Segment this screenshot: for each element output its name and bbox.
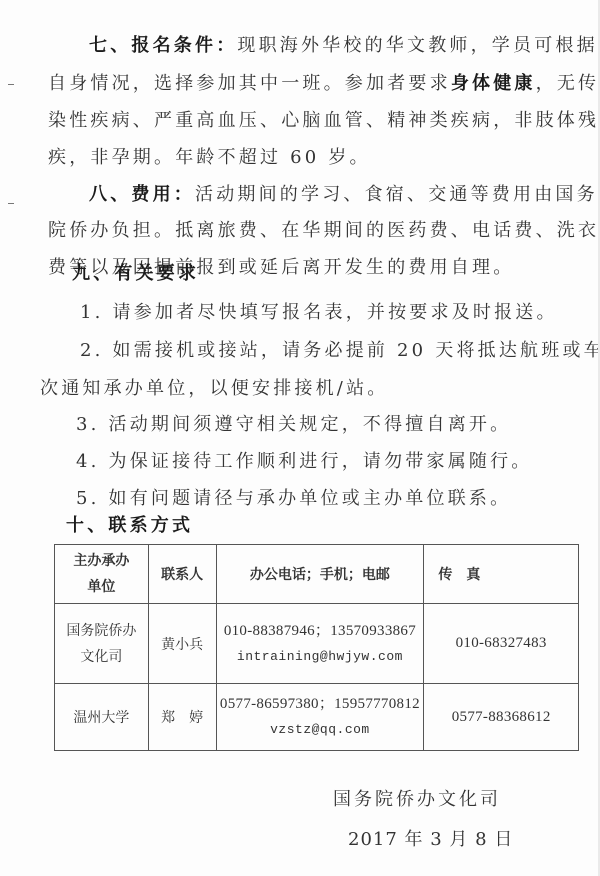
table-row: 国务院侨办 文化司 黄小兵 010-88387946；13570933867 i…	[55, 604, 579, 684]
section-7-line-3: 染性疾病、严重高血压、心脑血管、精神类疾病，非肢体残	[48, 110, 599, 132]
document-page: 七、报名条件：现职海外华校的华文教师，学员可根据 自身情况，选择参加其中一班。参…	[0, 0, 600, 876]
requirement-item-2: 2. 如需接机或接站，请务必提前 20 天将抵达航班或车	[80, 340, 600, 362]
fax-cell: 0577-88368612	[424, 684, 579, 751]
section-7-line-4: 疾，非孕期。年龄不超过 60 岁。	[48, 147, 371, 169]
table-row: 温州大学 郑 婷 0577-86597380；15957770812 vzstz…	[55, 684, 579, 751]
requirement-item-4: 4. 为保证接待工作顺利进行，请勿带家属随行。	[76, 451, 533, 473]
phone-numbers: 010-88387946；13570933867	[217, 618, 424, 644]
header-unit: 主办承办 单位	[55, 545, 149, 604]
phone-cell: 010-88387946；13570933867 intraining@hwjy…	[216, 604, 424, 684]
requirement-item-5: 5. 如有问题请径与承办单位或主办单位联系。	[76, 488, 511, 510]
section-10-heading: 十、联系方式	[66, 515, 193, 537]
section-8-line-1: 八、费用：活动期间的学习、食宿、交通等费用由国务	[89, 184, 598, 206]
contact-table: 主办承办 单位 联系人 办公电话；手机；电邮 传 真 国务院侨办 文化司 黄小兵…	[54, 544, 579, 751]
margin-mark	[8, 203, 14, 204]
person-cell: 黄小兵	[148, 604, 216, 684]
section-8-line-2: 院侨办负担。抵离旅费、在华期间的医药费、电话费、洗衣	[48, 220, 599, 242]
unit-cell: 国务院侨办 文化司	[55, 604, 149, 684]
section-9-heading: 九、有关要求	[72, 263, 199, 285]
requirement-item-1: 1. 请参加者尽快填写报名表，并按要求及时报送。	[80, 302, 558, 324]
header-person: 联系人	[148, 545, 216, 604]
signature-date: 2017 年 3 月 8 日	[348, 825, 513, 851]
section-8-heading: 八、费用：	[89, 184, 195, 205]
section-7-line-2: 自身情况，选择参加其中一班。参加者要求身体健康，无传	[48, 73, 599, 95]
header-phone: 办公电话；手机；电邮	[216, 545, 424, 604]
email-address: intraining@hwjyw.com	[217, 644, 424, 670]
phone-numbers: 0577-86597380；15957770812	[217, 691, 424, 717]
email-address: vzstz@qq.com	[217, 717, 424, 743]
requirement-item-3: 3. 活动期间须遵守相关规定，不得擅自离开。	[76, 414, 511, 436]
section-7-heading: 七、报名条件：	[89, 35, 237, 56]
section-7-line-1: 七、报名条件：现职海外华校的华文教师，学员可根据	[89, 35, 598, 57]
header-fax: 传 真	[424, 545, 579, 604]
margin-mark	[8, 84, 14, 85]
table-header-row: 主办承办 单位 联系人 办公电话；手机；电邮 传 真	[55, 545, 579, 604]
health-requirement: 身体健康	[451, 73, 536, 94]
person-cell: 郑 婷	[148, 684, 216, 751]
requirement-item-2-cont: 次通知承办单位，以便安排接机/站。	[40, 378, 388, 400]
phone-cell: 0577-86597380；15957770812 vzstz@qq.com	[216, 684, 424, 751]
fax-cell: 010-68327483	[424, 604, 579, 684]
unit-cell: 温州大学	[55, 684, 149, 751]
signature-org: 国务院侨办文化司	[333, 785, 501, 811]
